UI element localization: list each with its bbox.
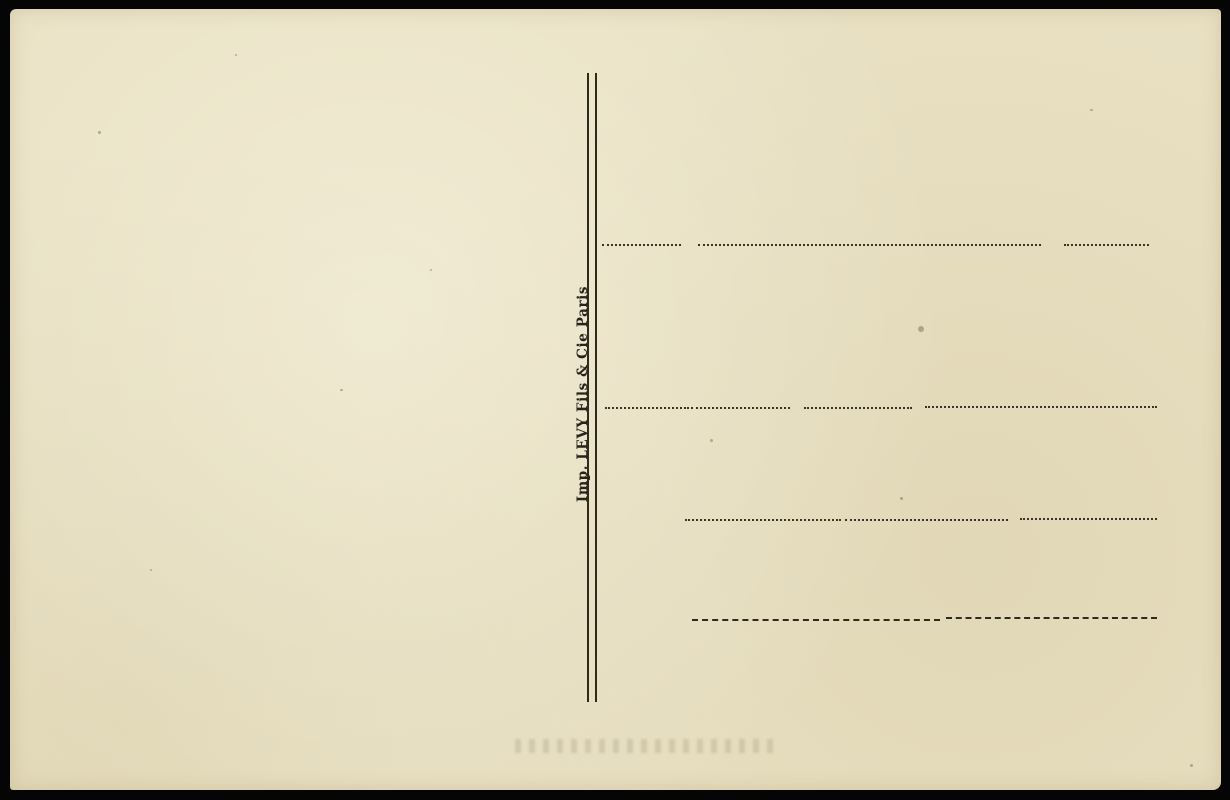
address-line-segment [685, 519, 841, 521]
address-line-segment [698, 244, 1041, 246]
address-line-segment [1064, 244, 1149, 246]
printer-imprint-container: Imp. LEVY Fils & Cie Paris [569, 249, 597, 539]
paper-speck [710, 439, 713, 442]
address-line-segment [605, 407, 689, 409]
paper-speck [1190, 764, 1193, 767]
address-line-segment [804, 407, 912, 409]
postcard-back: Imp. LEVY Fils & Cie Paris [10, 9, 1221, 790]
paper-speck [1090, 109, 1093, 111]
paper-speck [150, 569, 152, 571]
address-line-segment [692, 619, 940, 621]
paper-speck [98, 131, 101, 134]
address-line-segment [1020, 518, 1157, 520]
paper-speck [918, 326, 924, 332]
address-line-segment [946, 617, 1157, 619]
show-through-text [515, 739, 775, 753]
address-line-segment [925, 406, 1157, 408]
address-line-segment [691, 407, 790, 409]
printer-imprint: Imp. LEVY Fils & Cie Paris [575, 286, 591, 502]
paper-speck [900, 497, 903, 500]
address-line-segment [845, 519, 1008, 521]
paper-speck [235, 54, 237, 56]
paper-speck [430, 269, 432, 271]
paper-speck [340, 389, 343, 391]
address-line-segment [602, 244, 681, 246]
